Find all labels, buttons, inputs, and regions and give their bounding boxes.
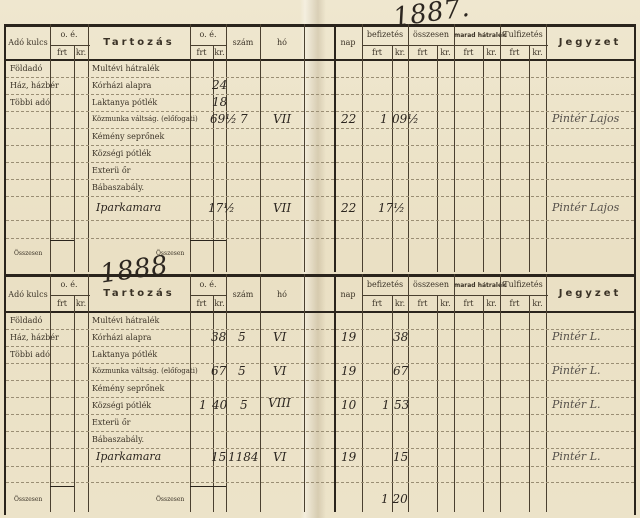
header-kr: kr. [213,48,226,57]
header-tulfizetes: Tulfizetés [500,30,546,39]
header-kr: kr. [437,299,454,308]
item-laktanya-potlek: Laktanya pótlék [92,98,157,107]
header-jegyzet: Jegyzet [546,288,634,299]
entry-korhazi-jegyzet: Pintér L. [552,330,601,343]
header-oe-right: o. é. [190,30,226,39]
entry-kozmunka-nap: 19 [341,364,356,378]
label-tobbi-ado: Többi adó [10,350,50,359]
header-kr: kr. [437,48,454,57]
item-kemeny-sepronek: Kémény seprőnek [92,132,164,141]
header-kr: kr. [74,299,88,308]
entry-korhazi-ho: VI [273,330,286,344]
item-kemeny-sepronek: Kémény seprőnek [92,384,164,393]
header-frt: frt [190,48,213,57]
item-multevi-hatralek: Multévi hátralék [92,64,159,73]
item-exteru-or: Exterü őr [92,166,130,175]
ledger-section-top: Adó kulcs o. é. frt kr. Tartozás o. é. f… [0,24,640,272]
header-marad-hatralek: marad hátralék [454,32,500,39]
entry-kozmunka-ho: VII [273,112,291,126]
entry-kozsegi-ho: VIII [268,396,291,410]
entry-kozmunka-kr: 67 [211,364,226,378]
header-oe-left: o. é. [50,280,88,289]
entry-korhazi-nap: 19 [341,330,356,344]
entry-kozsegi-kr: 40 [212,398,227,412]
header-frt: frt [500,48,529,57]
entry-kozsegi-frt: 1 [199,398,207,412]
entry-iparkamara-kr: 17½ [208,201,235,215]
entry-kozmunka-ho: VI [273,364,286,378]
label-tobbi-ado: Többi adó [10,98,50,107]
entry-kozsegi-jegyzet: Pintér L. [552,398,601,411]
entry-iparkamara-nap: 19 [341,450,356,464]
item-multevi-hatralek: Multévi hátralék [92,316,159,325]
item-laktanya-potlek: Laktanya pótlék [92,350,157,359]
entry-iparkamara-nap: 22 [341,201,356,215]
header-kr: kr. [529,299,546,308]
item-exteru-or: Exterü őr [92,418,130,427]
entry-kozmunka-jegyzet: Pintér Lajos [552,112,619,125]
osszesen-left: Összesen [14,496,42,503]
ledger-section-bottom: Adó kulcs o. é. frt kr. Tartozás o. é. f… [0,274,640,512]
header-kr: kr. [483,48,500,57]
header-szam: szám [226,38,260,47]
entry-iparkamara-item: Iparkamara [96,450,161,463]
header-ado-kulcs: Adó kulcs [6,38,50,47]
entry-laktanya-kr: 18 [212,95,227,109]
header-frt: frt [362,299,392,308]
item-kozsegi-potlek: Községi pótlék [92,401,151,410]
entry-kozmunka-jegyzet: Pintér L. [552,364,601,377]
entry-iparkamara-ho: VII [273,201,291,215]
header-osszesen: összesen [408,280,454,289]
header-kr: kr. [392,48,408,57]
header-kr: kr. [483,299,500,308]
entry-kozsegi-nap: 10 [341,398,356,412]
header-szam: szám [226,290,260,299]
header-jegyzet: Jegyzet [546,37,634,48]
header-tartozas: Tartozás [88,288,190,299]
entry-total-befizetes: 1 20 [381,492,408,506]
header-frt: frt [362,48,392,57]
item-kozsegi-potlek: Községi pótlék [92,149,151,158]
header-frt: frt [500,299,529,308]
header-nap: nap [334,290,362,299]
entry-iparkamara-item: Iparkamara [96,201,161,214]
header-frt: frt [50,299,74,308]
item-korhazi-alapra: Kórházi alapra [92,333,151,342]
header-befizetes: befizetés [362,30,408,39]
entry-kozsegi-bef-frt: 1 [382,398,390,412]
entry-kozmunka-szam: 7 [240,112,248,126]
entry-korhazi-kr: 38 [211,330,226,344]
item-korhazi-alapra: Kórházi alapra [92,81,151,90]
item-babaszabaly: Bábaszabály. [92,435,144,444]
header-frt: frt [190,299,213,308]
label-foldado: Földadó [10,64,42,73]
item-kozmunka-valtsag: Közmunka váltság. (előfogati) [92,115,198,123]
entry-kozmunka-bef-kr: 67 [393,364,408,378]
entry-iparkamara-jegyzet: Pintér L. [552,450,601,463]
header-nap: nap [334,38,362,47]
entry-kozsegi-bef-kr: 53 [394,398,409,412]
header-frt: frt [454,299,483,308]
entry-iparkamara-kr: 15 [211,450,226,464]
osszesen-right: Összesen [156,496,184,503]
header-tulfizetes: Tulfizetés [500,280,546,289]
header-kr: kr. [529,48,546,57]
header-kr: kr. [392,299,408,308]
header-kr: kr. [213,299,226,308]
entry-iparkamara-szam: 1184 [228,450,259,464]
entry-kozsegi-szam: 5 [240,398,248,412]
entry-korhazi-bef-kr: 38 [393,330,408,344]
header-frt: frt [50,48,74,57]
entry-iparkamara-bef-kr: 15 [393,450,408,464]
header-osszesen: összesen [408,30,454,39]
label-haz-hazber: Ház, házbér [10,81,59,90]
entry-iparkamara-jegyzet: Pintér Lajos [552,201,619,214]
header-frt: frt [408,299,437,308]
label-haz-hazber: Ház, házbér [10,333,59,342]
entry-kozmunka-szam: 5 [238,364,246,378]
entry-iparkamara-bef-kr: 17½ [378,201,405,215]
entry-iparkamara-ho: VI [273,450,286,464]
entry-kozmunka-nap: 22 [341,112,356,126]
header-frt: frt [454,48,483,57]
header-frt: frt [408,48,437,57]
entry-kozmunka-bef-kr: 09½ [392,112,419,126]
entry-korhazi-szam: 5 [238,330,246,344]
header-befizetes: befizetés [362,280,408,289]
header-marad-hatralek: marad hátralék [454,282,500,289]
item-kozmunka-valtsag: Közmunka váltság. (előfogati) [92,367,198,375]
header-tartozas: Tartozás [88,37,190,48]
osszesen-left: Összesen [14,250,42,257]
header-oe-left: o. é. [50,30,88,39]
header-ado-kulcs: Adó kulcs [6,290,50,299]
header-ho: hó [260,290,304,299]
header-oe-right: o. é. [190,280,226,289]
item-babaszabaly: Bábaszabály. [92,183,144,192]
label-foldado: Földadó [10,316,42,325]
entry-korhazi-kr: 24 [212,78,227,92]
entry-kozmunka-bef-frt: 1 [380,112,388,126]
header-ho: hó [260,38,304,47]
header-kr: kr. [74,48,88,57]
entry-kozmunka-kr: 69½ [210,112,237,126]
